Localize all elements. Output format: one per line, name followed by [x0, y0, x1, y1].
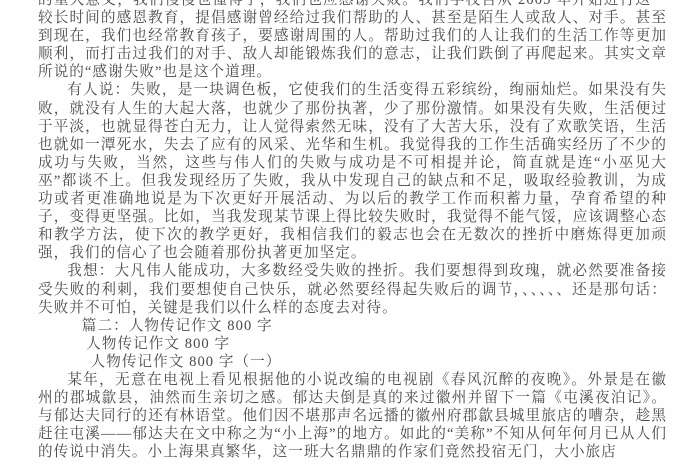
section-label: 篇二：人物传记作文 800 字 — [38, 317, 667, 335]
continued-paragraph: 的重大意义，我们慢慢也懂得了，我们也应感谢失败。我们学校自从 2005 年开始进… — [38, 0, 667, 81]
paragraph: 我想：大凡伟人能成功，大多数经受失败的挫折。我们要想得到玫瑰，就必然要准备接受失… — [38, 262, 667, 316]
essay-subtitle: 人物传记作文 800 字（一） — [38, 353, 667, 371]
paragraph: 有人说：失败，是一块调色板，它使我们的生活变得五彩缤纷，绚丽灿烂。如果没有失败，… — [38, 81, 667, 262]
essay-title: 人物传记作文 800 字 — [38, 335, 667, 353]
document-page: 的重大意义，我们慢慢也懂得了，我们也应感谢失败。我们学校自从 2005 年开始进… — [0, 0, 700, 470]
document-text-block: 的重大意义，我们慢慢也懂得了，我们也应感谢失败。我们学校自从 2005 年开始进… — [38, 0, 667, 461]
paragraph: 某年，无意在电视上看见根据他的小说改编的电视剧《春风沉醉的夜晚》。外景是在徽州的… — [38, 371, 667, 461]
